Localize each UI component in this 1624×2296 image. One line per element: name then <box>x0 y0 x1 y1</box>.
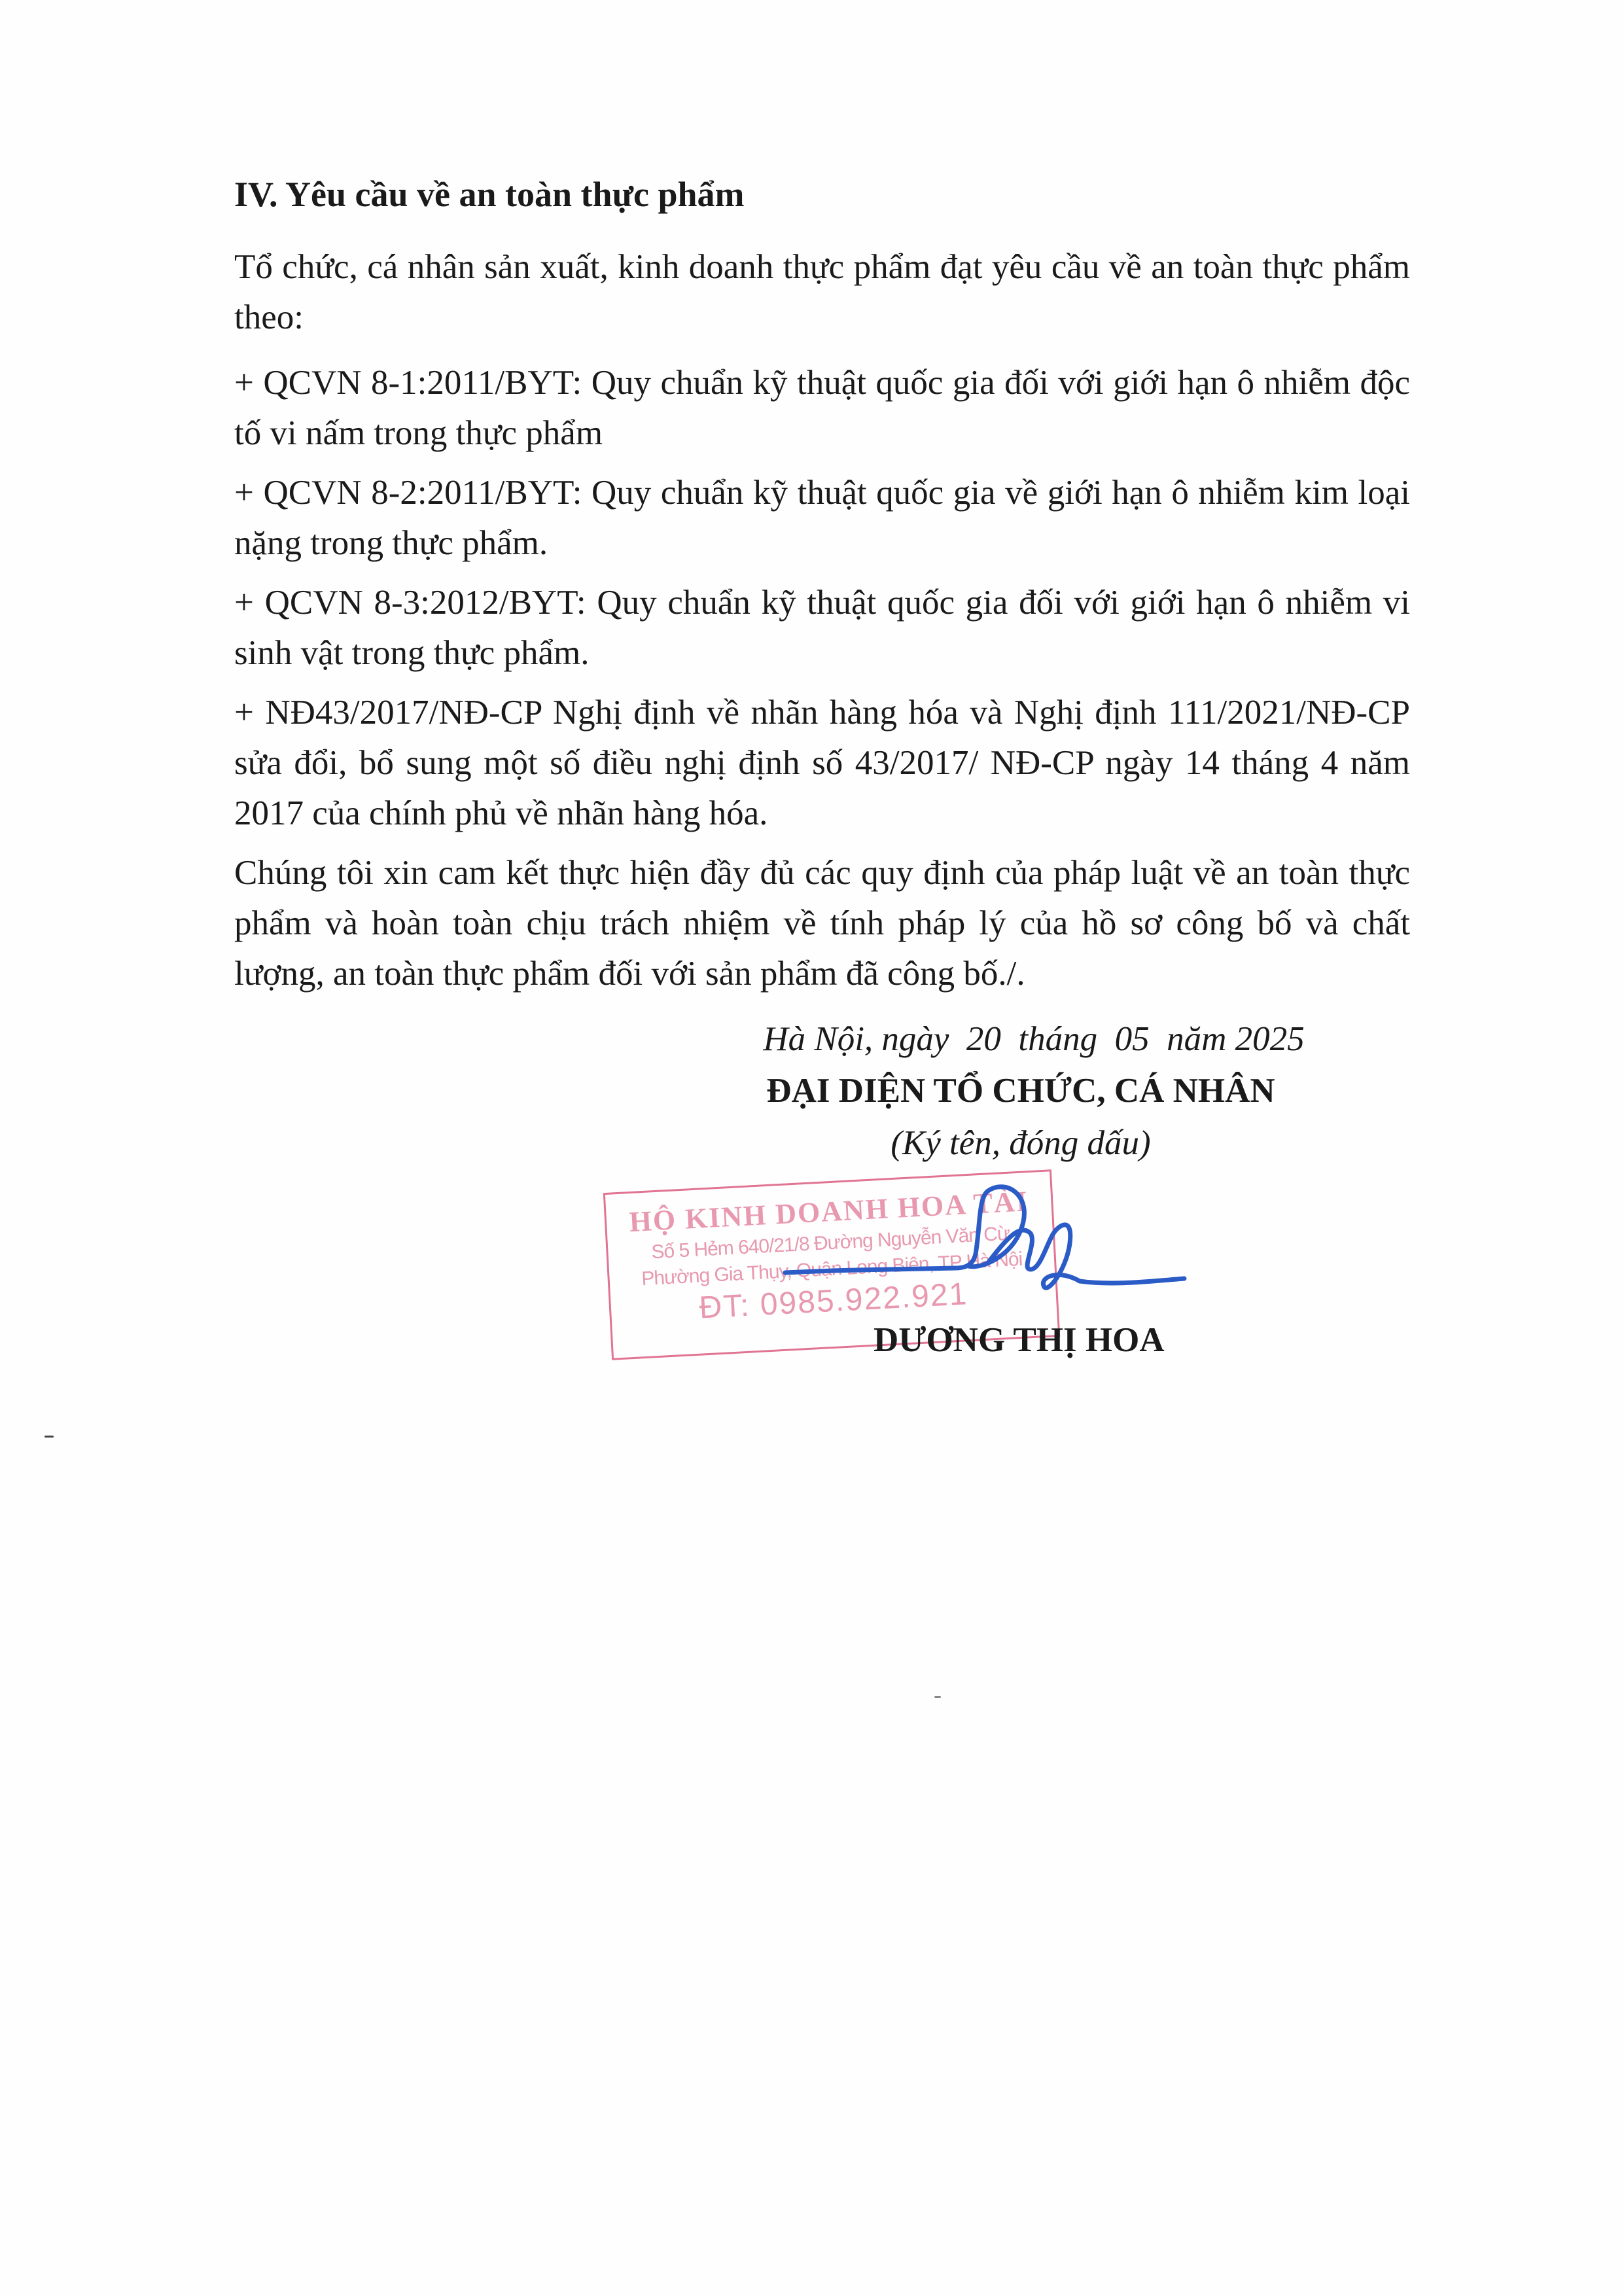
representative-title: ĐẠI DIỆN TỔ CHỨC, CÁ NHÂN <box>654 1068 1387 1114</box>
place-date: Hà Nội, ngày 20 tháng 05 năm 2025 <box>667 1016 1400 1062</box>
section-heading: IV. Yêu cầu về an toàn thực phẩm <box>234 171 745 217</box>
handwritten-signature-icon <box>772 1171 1191 1315</box>
scan-artifact <box>934 1696 941 1698</box>
scan-artifact <box>44 1436 54 1438</box>
signature-note: (Ký tên, đóng dấu) <box>694 1120 1348 1166</box>
commitment-paragraph: Chúng tôi xin cam kết thực hiện đầy đủ c… <box>234 848 1410 999</box>
intro-paragraph: Tổ chức, cá nhân sản xuất, kinh doanh th… <box>234 242 1410 343</box>
document-page: IV. Yêu cầu về an toàn thực phẩm Tổ chức… <box>0 0 1624 2296</box>
regulation-item: + QCVN 8-1:2011/BYT: Quy chuẩn kỹ thuật … <box>234 358 1410 459</box>
regulation-item: + QCVN 8-2:2011/BYT: Quy chuẩn kỹ thuật … <box>234 468 1410 569</box>
regulation-item: + QCVN 8-3:2012/BYT: Quy chuẩn kỹ thuật … <box>234 578 1410 679</box>
regulation-item: + NĐ43/2017/NĐ-CP Nghị định về nhãn hàng… <box>234 688 1410 839</box>
signer-name: DƯƠNG THỊ HOA <box>874 1317 1165 1363</box>
